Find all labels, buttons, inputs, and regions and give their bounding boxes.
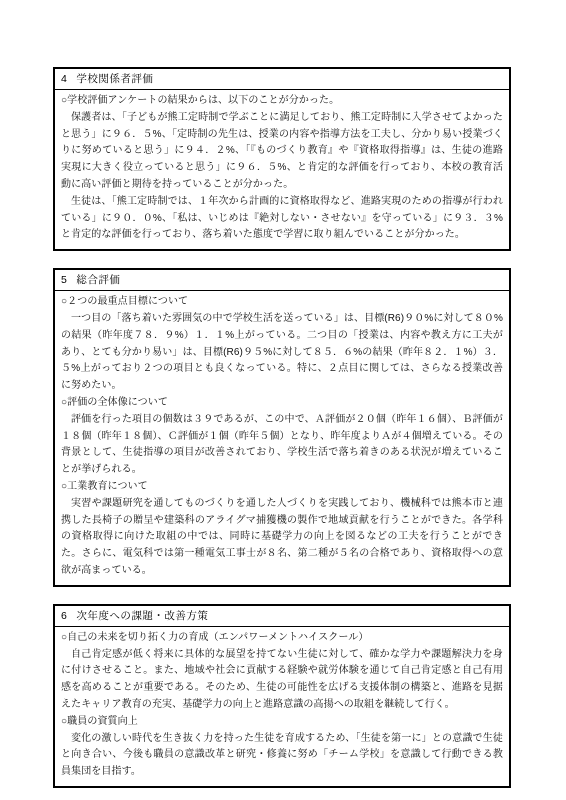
section-body: ○自己の未来を切り拓く力の育成（エンパワーメントハイスクール） 自己肯定感が低く…	[55, 627, 509, 786]
section-header: 4学校関係者評価	[55, 69, 509, 90]
section-number: 6	[61, 610, 67, 622]
paragraph: 生徒は、「熊工定時制では、１年次から計画的に資格取得など、進路実現のための指導が…	[61, 194, 503, 244]
document-page: 4学校関係者評価 ○学校評価アンケートの結果からは、以下のことが分かった。 保護…	[0, 0, 566, 800]
section-overall-evaluation: 5総合評価 ○２つの最重点目標について 一つ目の「落ち着いた雰囲気の中で学校生活…	[53, 268, 511, 587]
bullet-line: ○２つの最重点目標について	[61, 294, 503, 311]
bullet-line: ○評価の全体像について	[61, 395, 503, 412]
section-header: 5総合評価	[55, 270, 509, 291]
bullet-line: ○工業教育について	[61, 479, 503, 496]
paragraph: 一つ目の「落ち着いた雰囲気の中で学校生活を送っている」は、目標(R6)９０%に対…	[61, 311, 503, 395]
bullet-line: ○自己の未来を切り拓く力の育成（エンパワーメントハイスクール）	[61, 630, 503, 647]
section-number: 4	[61, 73, 67, 85]
paragraph: 保護者は、「子どもが熊工定時制で学ぶことに満足しており、熊工定時制に入学させてよ…	[61, 110, 503, 194]
document-content: 4学校関係者評価 ○学校評価アンケートの結果からは、以下のことが分かった。 保護…	[53, 67, 511, 800]
paragraph: 実習や課題研究を通してものづくりを通した人づくりを実践しており、機械科では熊本市…	[61, 496, 503, 580]
paragraph: 変化の激しい時代を生き抜く力を持った生徒を育成するため、「生徒を第一に」との意識…	[61, 731, 503, 781]
bullet-line: ○学校評価アンケートの結果からは、以下のことが分かった。	[61, 93, 503, 110]
section-title: 次年度への課題・改善方策	[76, 610, 208, 622]
section-body: ○学校評価アンケートの結果からは、以下のことが分かった。 保護者は、「子どもが熊…	[55, 90, 509, 249]
section-number: 5	[61, 274, 67, 286]
paragraph: 評価を行った項目の個数は３９であるが、この中で、Ａ評価が２０個（昨年１６個）、Ｂ…	[61, 412, 503, 479]
section-header: 6次年度への課題・改善方策	[55, 606, 509, 627]
paragraph: 自己肯定感が低く将来に具体的な展望を持てない生徒に対して、確かな学力や課題解決力…	[61, 647, 503, 714]
section-title: 総合評価	[76, 274, 120, 286]
section-next-year-issues-improvements: 6次年度への課題・改善方策 ○自己の未来を切り拓く力の育成（エンパワーメントハイ…	[53, 604, 511, 788]
bullet-line: ○職員の資質向上	[61, 714, 503, 731]
section-title: 学校関係者評価	[76, 73, 153, 85]
section-school-stakeholder-evaluation: 4学校関係者評価 ○学校評価アンケートの結果からは、以下のことが分かった。 保護…	[53, 67, 511, 251]
section-body: ○２つの最重点目標について 一つ目の「落ち着いた雰囲気の中で学校生活を送っている…	[55, 291, 509, 585]
